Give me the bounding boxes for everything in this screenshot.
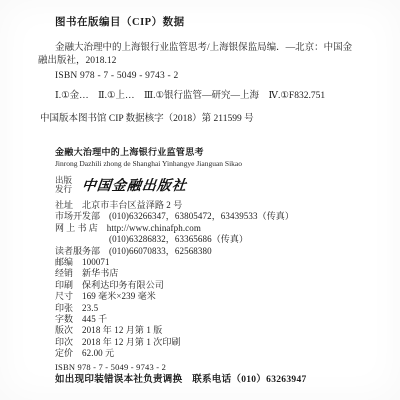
info-value: 新华书店	[82, 268, 118, 278]
info-label: 印次	[55, 337, 73, 348]
info-label: 经销	[55, 268, 73, 279]
info-value: 保利达印务有限公司	[82, 280, 164, 290]
info-label: 印张	[55, 303, 73, 314]
info-label: 邮编	[55, 257, 73, 268]
cip-header: 图书在版编目（CIP）数据	[55, 16, 374, 30]
info-row-address: 社址北京市丰台区益泽路 2 号	[55, 200, 375, 211]
info-value: 445 千	[82, 314, 107, 324]
isbn-bottom: ISBN 978 - 7 - 5049 - 9743 - 2	[55, 362, 375, 373]
info-row-postcode: 邮编100071	[55, 257, 375, 268]
info-row-distributor: 经销新华书店	[55, 268, 375, 279]
info-value: 北京市丰台区益泽路 2 号	[82, 200, 182, 210]
info-value: (010)63286832，63365686（传真）	[109, 234, 248, 244]
info-row-online-bookstore: 网 上 书 店http://www.chinafph.com	[55, 223, 375, 234]
info-row-edition: 版次2018 年 12 月第 1 版	[55, 325, 375, 336]
info-value: 2018 年 12 月第 1 版	[82, 325, 162, 335]
info-label: 字数	[55, 314, 73, 325]
info-value: (010)66070833，62568380	[109, 246, 212, 256]
info-label: 网 上 书 店	[55, 223, 98, 234]
info-row-sheets: 印张23.5	[55, 303, 375, 314]
cip-entry-line2: 融出版社，2018.12	[38, 55, 374, 69]
book-title-pinyin: Jinrong Dazhili zhong de Shanghai Yinhan…	[55, 159, 375, 169]
copyright-page: 图书在版编目（CIP）数据 金融大治理中的上海银行业监管思考/上海银保监局编．—…	[0, 0, 400, 400]
info-label: 定价	[55, 348, 73, 359]
info-label: 尺寸	[55, 291, 73, 302]
info-value: 169 毫米×239 毫米	[82, 291, 156, 301]
cip-entry-line1: 金融大治理中的上海银行业监管思考/上海银保监局编．—北京：中国金	[55, 42, 374, 56]
info-value: (010)63266347，63805472，63439533（传真）	[109, 211, 294, 221]
info-label: 印刷	[55, 280, 73, 291]
cip-record-number: 中国版本图书馆 CIP 数据核字（2018）第 211599 号	[40, 113, 374, 127]
info-label: 社址	[55, 200, 73, 211]
info-value: 2018 年 12 月第 1 次印刷	[82, 337, 181, 347]
info-row-printer: 印刷保利达印务有限公司	[55, 280, 375, 291]
cip-classification: Ⅰ.①金… Ⅱ.①上… Ⅲ.①银行监管—研究—上海 Ⅳ.①F832.751	[55, 90, 374, 104]
info-value: 62.00 元	[82, 348, 114, 358]
info-label: 版次	[55, 325, 73, 336]
publisher-logo: 中国金融出版社	[81, 175, 188, 195]
info-row-size: 尺寸169 毫米×239 毫米	[55, 291, 375, 302]
colophon-block: 金融大治理中的上海银行业监管思考 Jinrong Dazhili zhong d…	[55, 146, 375, 386]
info-row-printing: 印次2018 年 12 月第 1 次印刷	[55, 337, 375, 348]
info-value: http://www.chinafph.com	[107, 223, 201, 233]
info-value: 23.5	[82, 303, 98, 313]
info-label: 读者服务部	[55, 246, 100, 257]
info-label: 市场开发部	[55, 211, 100, 222]
misprint-exchange-note: 如出现印装错误本社负责调换 联系电话（010）63263947	[55, 374, 375, 386]
cip-block: 图书在版编目（CIP）数据 金融大治理中的上海银行业监管思考/上海银保监局编．—…	[38, 16, 374, 126]
info-row-price: 定价62.00 元	[55, 348, 375, 359]
info-row-reader-service: 读者服务部(010)66070833，62568380	[55, 246, 375, 257]
publisher-row: 出版 发行 中国金融出版社	[55, 174, 375, 196]
cip-isbn: ISBN 978 - 7 - 5049 - 9743 - 2	[55, 70, 374, 84]
info-row-word-count: 字数445 千	[55, 314, 375, 325]
info-row-online-bookstore-fax: (010)63286832，63365686（传真）	[55, 234, 375, 245]
info-row-marketing-dept: 市场开发部(010)63266347，63805472，63439533（传真）	[55, 211, 375, 222]
publisher-labels: 出版 发行	[55, 176, 72, 195]
info-value: 100071	[82, 257, 110, 267]
book-title: 金融大治理中的上海银行业监管思考	[55, 146, 375, 158]
